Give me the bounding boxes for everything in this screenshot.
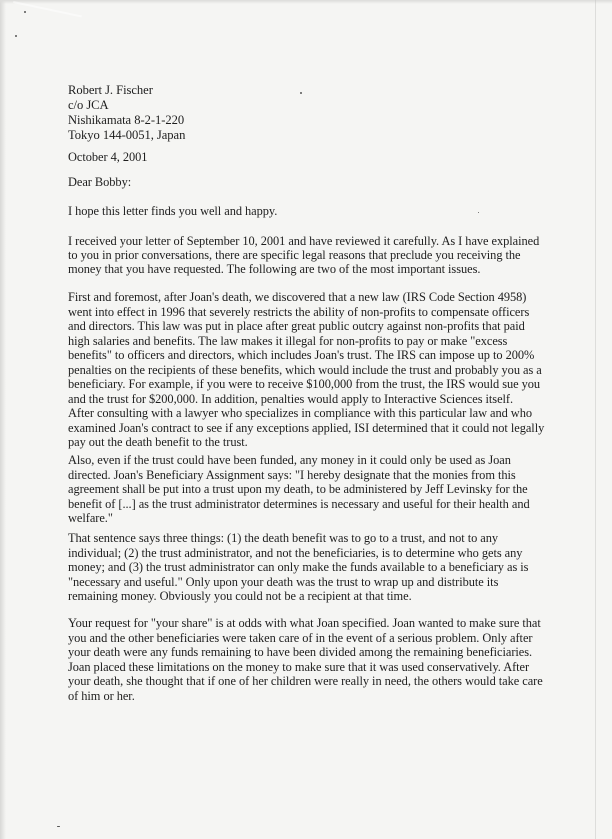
scanned-letter-page: Robert J. Fischer c/o JCA Nishikamata 8-… (0, 0, 612, 839)
text-line: After consulting with a lawyer who speci… (68, 406, 532, 420)
text-line: That sentence says three things: (1) the… (68, 531, 498, 545)
scan-speck (15, 35, 17, 37)
address-line: Nishikamata 8-2-1-220 (68, 113, 184, 127)
text-line: money; and (3) the trust administrator c… (68, 560, 528, 574)
text-line: to you in prior conversations, there are… (68, 248, 521, 262)
text-line: your death, she thought that if one of h… (68, 674, 543, 688)
text-line: I hope this letter finds you well and ha… (68, 204, 277, 218)
text-line: Joan placed these limitations on the mon… (68, 660, 529, 674)
scan-speck (478, 212, 479, 213)
text-line: beneficiary. For example, if you were to… (68, 377, 540, 391)
text-line: and the trust for $200,000. In addition,… (68, 392, 513, 406)
text-line: went into effect in 1996 that severely r… (68, 305, 529, 319)
text-line: individual; (2) the trust administrator,… (68, 546, 522, 560)
text-line: First and foremost, after Joan's death, … (68, 290, 526, 304)
scan-edge-shadow-top (0, 0, 612, 4)
text-line: I received your letter of September 10, … (68, 234, 539, 248)
scan-edge-shadow (0, 0, 6, 839)
scan-streak (595, 0, 596, 839)
address-line: Robert J. Fischer (68, 83, 153, 97)
text-line: "necessary and useful." Only upon your d… (68, 575, 498, 589)
letter-date: October 4, 2001 (68, 150, 147, 164)
text-line: benefits" to officers and directors, whi… (68, 348, 534, 362)
scan-speck (57, 826, 60, 827)
text-line: remaining money. Obviously you could not… (68, 589, 412, 603)
text-line: money that you have requested. The follo… (68, 262, 480, 276)
scan-speck (300, 92, 302, 94)
text-line: welfare." (68, 511, 113, 525)
text-line: agreement shall be put into a trust upon… (68, 482, 528, 496)
text-line: you and the other beneficiaries were tak… (68, 631, 532, 645)
scan-fold-mark (8, 1, 82, 41)
salutation: Dear Bobby: (68, 175, 131, 189)
text-line: examined Joan's contract to see if any e… (68, 421, 544, 435)
text-line: directed. Joan's Beneficiary Assignment … (68, 468, 516, 482)
text-line: and directors. This law was put in place… (68, 319, 525, 333)
text-line: of him or her. (68, 689, 135, 703)
text-line: Your request for "your share" is at odds… (68, 616, 541, 630)
text-line: pay out the death benefit to the trust. (68, 435, 248, 449)
text-line: penalties on the recipients of these ben… (68, 363, 542, 377)
scan-speck (24, 11, 26, 13)
text-line: benefit of [...] as the trust administra… (68, 497, 530, 511)
text-line: your death were any funds remaining to h… (68, 645, 532, 659)
address-line: c/o JCA (68, 98, 109, 112)
text-line: Also, even if the trust could have been … (68, 453, 511, 467)
text-line: high salaries and benefits. The law make… (68, 334, 507, 348)
address-line: Tokyo 144-0051, Japan (68, 128, 185, 142)
